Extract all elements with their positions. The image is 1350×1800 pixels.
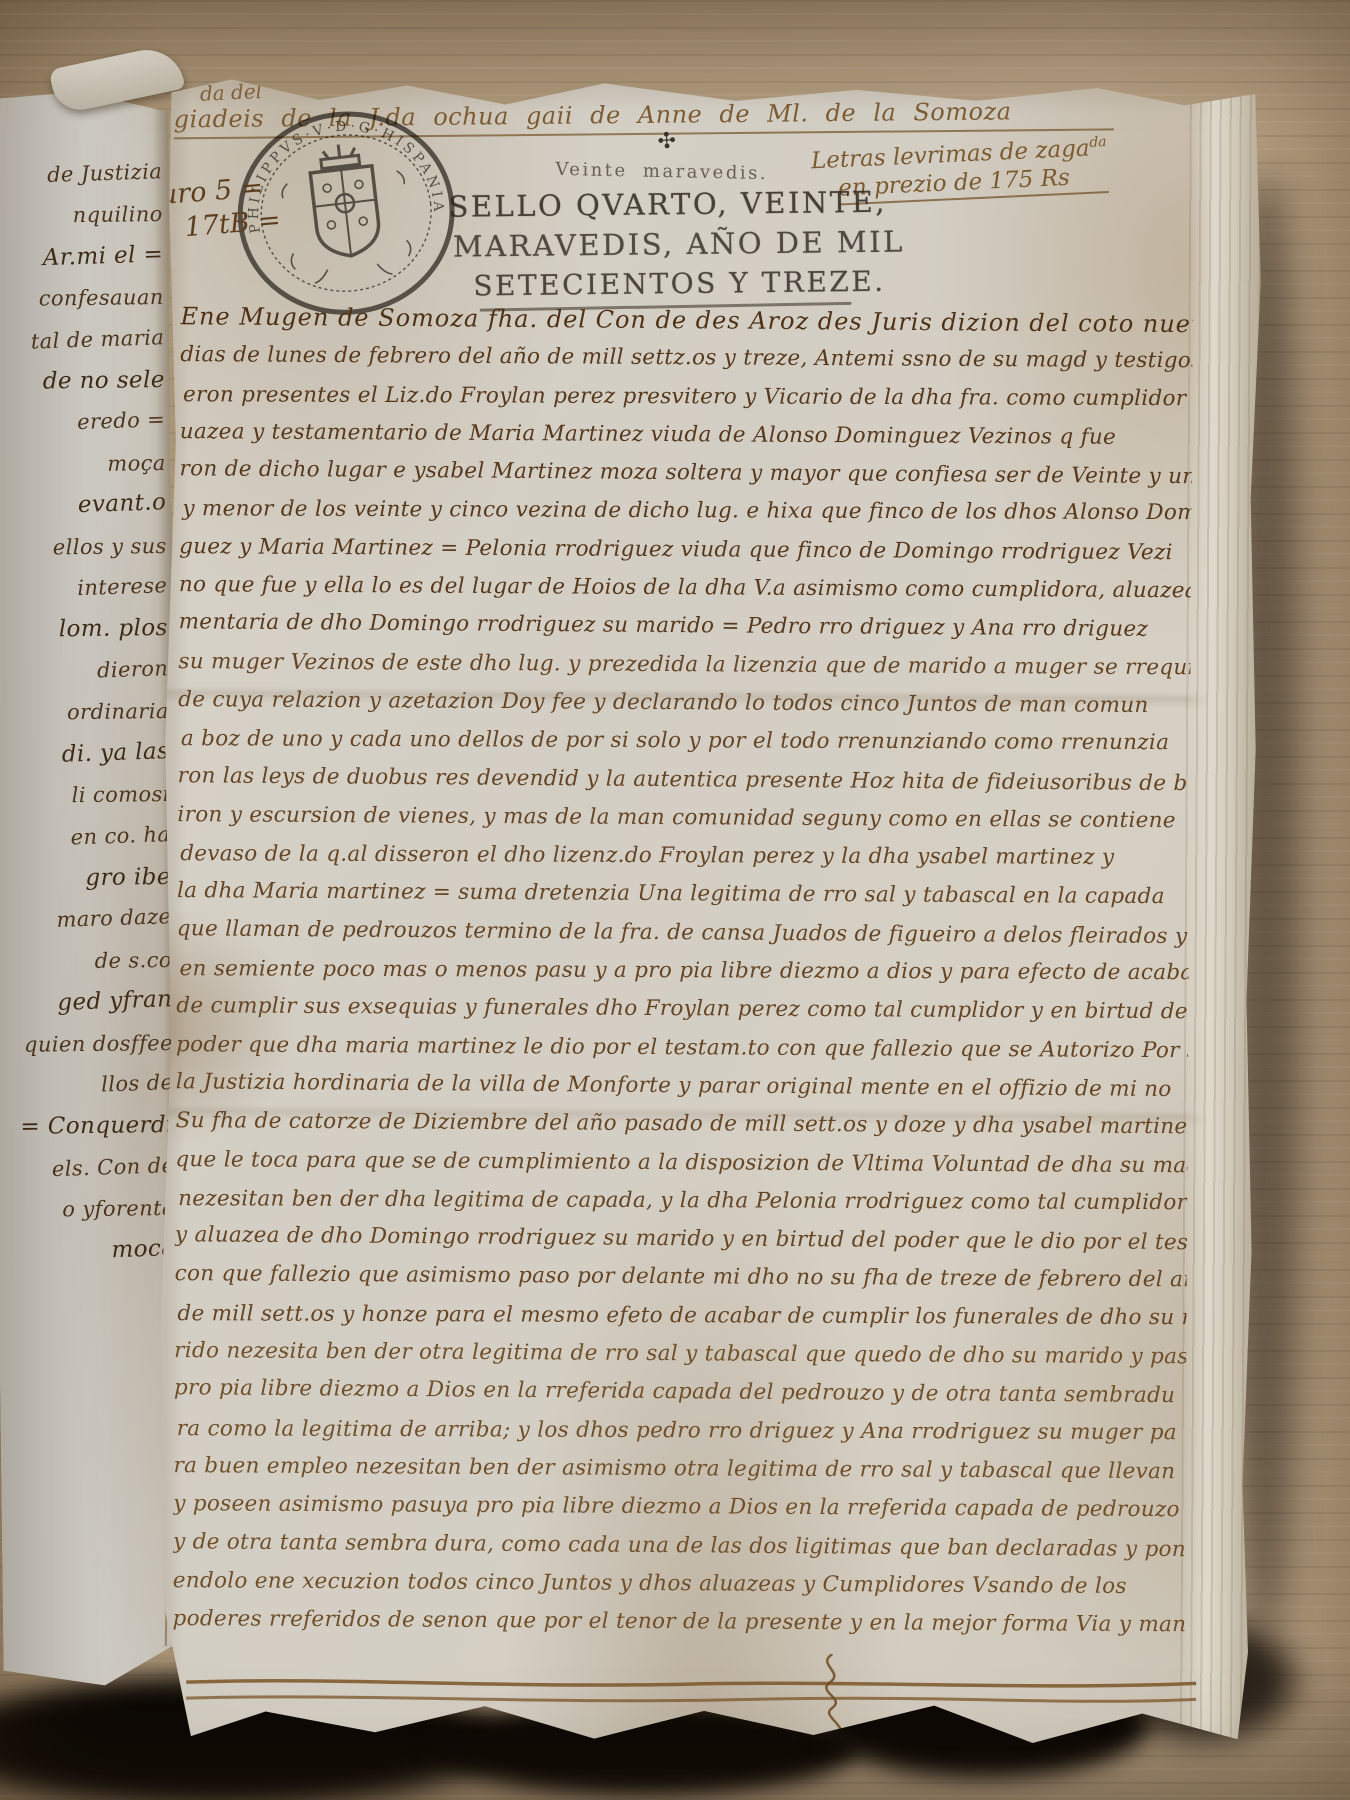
leaf-fragment-line: quien dosffee <box>0 1022 173 1066</box>
manuscript-line: que llaman de pedrouzos termino de la fr… <box>177 910 1189 956</box>
leaf-fragment-line: = Conquerdi <box>1 1105 174 1149</box>
leaf-fragment-lines: de JustizianquilinoAr.mi el =confesauant… <box>0 153 176 1273</box>
leaf-fragment-line: moça <box>0 443 166 487</box>
leaf-fragment-line: eredo = <box>0 400 166 447</box>
manuscript-line: iron y escursion de vienes, y mas de la … <box>177 796 1189 840</box>
manuscript-line: y menor de los veinte y cinco vezina de … <box>182 491 1192 533</box>
leaf-fragment-line: o yforenta <box>2 1188 175 1232</box>
leaf-fragment-line: moca <box>2 1228 176 1273</box>
leaf-fragment-line: tal de maria <box>0 317 165 364</box>
manuscript-line: Ene Mugen de Somoza fha. del Con de des … <box>180 298 1192 343</box>
top-annotation-fragment: da del <box>199 79 262 106</box>
manuscript-line: poderes rreferidos de senon que por el t… <box>172 1600 1184 1644</box>
manuscript-line: que le toca para que se de cumplimiento … <box>175 1141 1187 1185</box>
manuscript-line: pro pia libre diezmo a Dios en la rrefer… <box>174 1370 1186 1416</box>
leaf-fragment-line: ged yfran <box>0 979 173 1026</box>
manuscript-line: guez y Maria Martinez = Pelonia rrodrigu… <box>179 528 1191 572</box>
manuscript-line: de cumplir sus exsequias y funerales dho… <box>176 987 1188 1031</box>
manuscript-line: la dha Maria martinez = suma dretenzia U… <box>177 873 1189 917</box>
main-manuscript-page: da del giadeis de la J.da ochua gaii de … <box>156 74 1262 1753</box>
leaf-fragment-line: Ar.mi el = <box>0 234 164 281</box>
manuscript-line: ra como la legitima de arriba; y los dho… <box>177 1410 1189 1452</box>
manuscript-line: de mill sett.os y honze para el mesmo ef… <box>177 1295 1189 1337</box>
manuscript-line: eron presentes el Liz.do Froylan perez p… <box>183 376 1193 418</box>
leaf-fragment-line: ellos y sus <box>0 526 167 570</box>
manuscript-line: y aluazea de dho Domingo rrodriguez su m… <box>175 1216 1187 1262</box>
manuscript-line: Su fha de catorze de Diziembre del año p… <box>175 1102 1187 1146</box>
leaf-fragment-line: di. ya las <box>0 731 170 778</box>
manuscript-line: devaso de la q.al disseron el dho lizenz… <box>180 835 1192 877</box>
leaf-fragment-line: ordinaria <box>0 691 169 735</box>
leaf-fragment-line: els. Con de <box>1 1145 175 1192</box>
manuscript-line: de cuya relazion y azetazion Doy fee y d… <box>178 681 1190 725</box>
leaf-fragment-line: gro ibe <box>0 857 171 901</box>
manuscript-body: Ene Mugen de Somoza fha. del Con de des … <box>172 298 1192 1645</box>
leaf-fragment-line: confesauan <box>0 277 164 321</box>
manuscript-line: y poseen asimismo pasuya pro pia libre d… <box>173 1485 1185 1529</box>
leaf-fragment-line: evant.o <box>0 482 167 529</box>
sello-heading-line2: MARAVEDIS, AÑO DE MIL <box>453 225 905 264</box>
leaf-fragment-line: interese <box>0 565 168 612</box>
sello-heading-line1: SELLO QVARTO, VEINTE, <box>448 185 904 224</box>
manuscript-line: la Justizia hordinaria de la villa de Mo… <box>176 1063 1188 1109</box>
manuscript-line: endolo ene xecuzion todos cinco Juntos y… <box>173 1562 1185 1606</box>
leaf-fragment-line: li comosi <box>0 774 170 818</box>
leaf-fragment-line: lom. plos <box>0 608 168 652</box>
left-leaf-page: de JustizianquilinoAr.mi el =confesauant… <box>0 91 188 1693</box>
manuscript-line: en semiente poco mas o menos pasu y a pr… <box>179 950 1191 992</box>
leaf-fragment-line: de Justizia <box>0 153 163 198</box>
manuscript-line: dias de lunes de febrero del año de mill… <box>180 336 1192 380</box>
leaf-fragment-line: de no sele <box>0 360 165 404</box>
manuscript-line: ron las leys de duobus res devendid y la… <box>178 757 1190 803</box>
leaf-fragment-line: nquilino <box>0 194 163 238</box>
leaf-fragment-line: llos de <box>0 1062 174 1109</box>
leaf-fragment-line: de s.co <box>0 940 172 984</box>
manuscript-line: ron de dicho lugar e ysabel Martinez moz… <box>179 450 1191 496</box>
side-note-superscript: da <box>1089 134 1107 151</box>
sello-heading-line3: SETECIENTOS Y TREZE. <box>473 265 905 303</box>
cross-ornament-icon: ✣ <box>657 128 677 154</box>
photo-of-manuscript: { "header": { "top_fragment": "da del", … <box>0 0 1350 1800</box>
sello-cuarto-heading: SELLO QVARTO, VEINTE, MARAVEDIS, AÑO DE … <box>448 185 905 311</box>
leaf-fragment-line: maro daze <box>0 896 172 943</box>
small-print-veinte-maravedis: Veinte maravedis. <box>555 159 768 184</box>
manuscript-line: su muger Vezinos de este dho lug. y prez… <box>178 643 1190 687</box>
manuscript-line: nezesitan ben der dha legitima de capada… <box>178 1180 1190 1222</box>
manuscript-line: y de otra tanta sembra dura, como cada u… <box>173 1523 1185 1569</box>
leaf-fragment-line: dieron <box>0 648 169 695</box>
leaf-fragment-line: en co. ha <box>0 814 171 861</box>
margin-note: uro 5 = 17tB = <box>159 170 282 247</box>
manuscript-line: a boz de uno y cada uno dellos de por si… <box>181 720 1193 762</box>
manuscript-line: ra buen empleo nezesitan ben der asimism… <box>173 1447 1185 1491</box>
manuscript-line: con que fallezio que asimismo paso por d… <box>175 1255 1187 1299</box>
